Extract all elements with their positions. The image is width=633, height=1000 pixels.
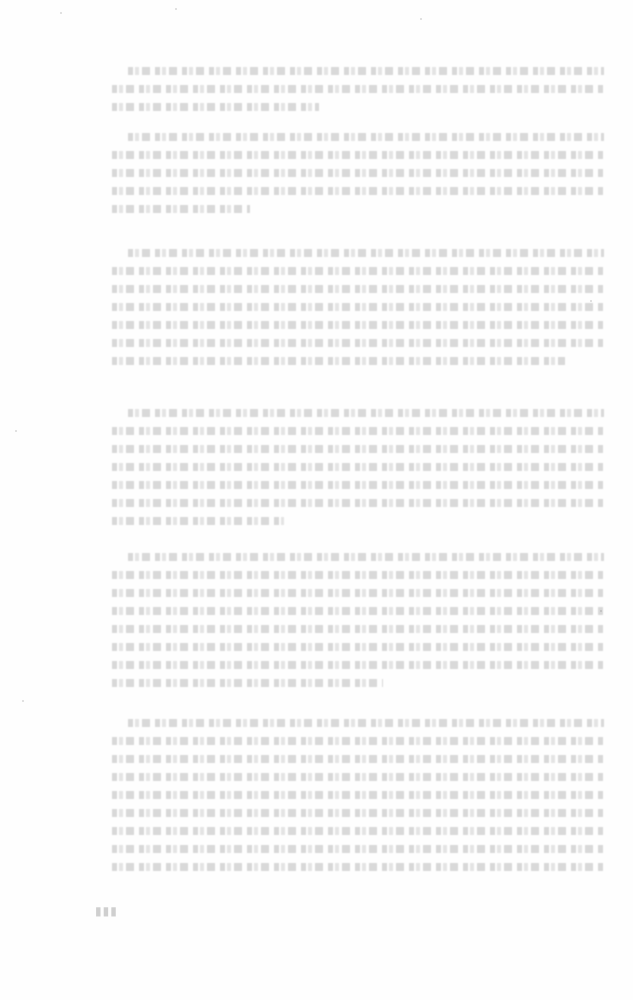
text-line: [112, 334, 604, 352]
text-line: [112, 422, 604, 440]
text-line: [112, 476, 604, 494]
scan-speck: [15, 430, 17, 432]
text-line: [112, 768, 604, 786]
text-line: [112, 262, 604, 280]
text-line: [112, 674, 604, 692]
text-line: [112, 714, 604, 732]
text-line: [112, 298, 604, 316]
text-line: [112, 62, 604, 80]
paragraph: [illegible faded text]: [112, 548, 604, 692]
text-line: [112, 840, 604, 858]
text-line: [112, 164, 604, 182]
paragraph: [illegible faded text]: [112, 128, 604, 218]
text-line: [112, 804, 604, 822]
paragraph: [illegible faded text]: [112, 404, 604, 530]
document-page: [illegible faded text][illegible faded t…: [0, 0, 633, 1000]
text-line: [112, 352, 604, 370]
text-line: [112, 750, 604, 768]
text-line: [112, 786, 604, 804]
text-line: [112, 858, 604, 876]
paragraph: [illegible faded text]: [112, 62, 604, 116]
text-line: [112, 146, 604, 164]
text-line: [112, 280, 604, 298]
text-line: [112, 494, 604, 512]
scan-speck: [590, 300, 592, 302]
text-line: [112, 822, 604, 840]
text-line: [112, 584, 604, 602]
text-line: [112, 404, 604, 422]
text-line: [112, 128, 604, 146]
text-line: [112, 566, 604, 584]
scan-speck: [175, 8, 177, 10]
scan-speck: [22, 700, 24, 702]
text-line: [112, 620, 604, 638]
text-line: [112, 80, 604, 98]
text-line: [112, 200, 604, 218]
page-number: ▮▮▮: [95, 904, 118, 919]
text-line: [112, 548, 604, 566]
text-line: [112, 512, 604, 530]
text-line: [112, 440, 604, 458]
paragraph: [illegible faded text]: [112, 244, 604, 370]
text-line: [112, 732, 604, 750]
text-line: [112, 182, 604, 200]
text-line: [112, 98, 604, 116]
text-line: [112, 638, 604, 656]
page-number-value: [illegible]: [0, 0, 1, 1]
text-line: [112, 244, 604, 262]
scan-speck: [600, 610, 602, 612]
text-line: [112, 602, 604, 620]
text-line: [112, 656, 604, 674]
scan-speck: [60, 12, 62, 14]
scan-speck: [420, 18, 422, 20]
paragraph: [illegible faded text]: [112, 714, 604, 876]
text-line: [112, 458, 604, 476]
text-line: [112, 316, 604, 334]
